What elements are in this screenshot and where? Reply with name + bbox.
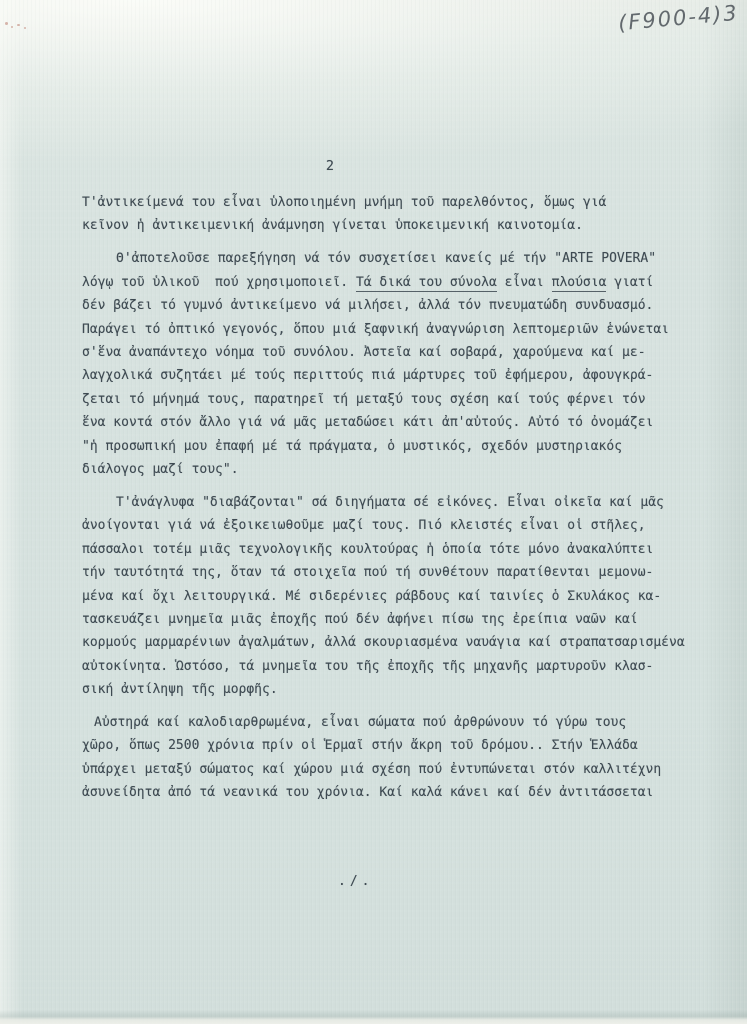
text-line: ἕνα κοντά στόν ἄλλο γιά νά μᾶς μεταδώσει…	[82, 411, 702, 434]
text-segment: Τ'ἀντικείμενά του εἶναι ὑλοποιημένη μνήμ…	[82, 195, 606, 210]
text-segment: κεῖνον ἡ ἀντικειμενική ἀνάμνηση γίνεται …	[82, 218, 583, 233]
text-line: Τ'ἀντικείμενά του εἶναι ὑλοποιημένη μνήμ…	[82, 191, 702, 214]
text-segment: αὐτοκίνητα. Ὡστόσο, τά μνημεῖα του τῆς ἐ…	[82, 659, 653, 674]
text-line: ζεται τό μήνημά τους, παρατηρεῖ τή μεταξ…	[82, 388, 702, 411]
text-segment: Αὐστηρά καί καλοδιαρθρωμένα, εἶναι σώματ…	[94, 715, 626, 730]
text-line: αὐτοκίνητα. Ὡστόσο, τά μνημεῖα του τῆς ἐ…	[82, 655, 702, 678]
text-line: Παράγει τό ὀπτικό γεγονός, ὅπου μιά ξαφν…	[82, 318, 702, 341]
text-line: "ἡ προσωπική μου ἐπαφή μέ τά πράγματα, ὁ…	[82, 435, 702, 458]
body-text: Τ'ἀντικείμενά του εἶναι ὑλοποιημένη μνήμ…	[82, 191, 702, 814]
underlined-text: Τά δικά του σύνολα	[356, 275, 497, 292]
text-segment: ζεται τό μήνημά τους, παρατηρεῖ τή μεταξ…	[82, 392, 646, 407]
text-segment: Θ'ἀποτελοῦσε παρεξήγηση νά τόν συσχετίσε…	[116, 251, 656, 266]
text-segment: διάλογος μαζί τους".	[82, 462, 239, 477]
handwritten-annotation: (F900-4)3	[617, 1, 739, 35]
text-line: λαγχολικά συζητάει μέ τούς περιττούς πιά…	[82, 364, 702, 387]
text-segment: δέν βάζει τό γυμνό ἀντικείμενο νά μιλήσε…	[82, 298, 653, 313]
paragraph: Τ'ἀντικείμενά του εἶναι ὑλοποιημένη μνήμ…	[82, 191, 702, 238]
text-segment: ὑπάρχει μεταξύ σώματος καί χώρου μιά σχέ…	[82, 762, 661, 777]
text-segment: σ'ἕνα ἀναπάντεχο νόημα τοῦ συνόλου. Ἀστε…	[82, 345, 646, 360]
text-line: Τ'ἀνάγλυφα "διαβάζονται" σά διηγήματα σέ…	[82, 491, 702, 514]
text-line: δέν βάζει τό γυμνό ἀντικείμενο νά μιλήσε…	[82, 294, 702, 317]
text-line: κεῖνον ἡ ἀντικειμενική ἀνάμνηση γίνεται …	[82, 214, 702, 237]
page-number: 2	[300, 158, 360, 174]
continuation-mark: ./.	[338, 874, 373, 889]
text-segment: "ἡ προσωπική μου ἐπαφή μέ τά πράγματα, ὁ…	[82, 439, 622, 454]
text-segment: χῶρο, ὅπως 2500 χρόνια πρίν οἱ Ἑρμαῖ στή…	[82, 738, 638, 753]
text-line: σ'ἕνα ἀναπάντεχο νόημα τοῦ συνόλου. Ἀστε…	[82, 341, 702, 364]
text-line: μένα καί ὄχι λειτουργικά. Μέ σιδερένιες …	[82, 585, 702, 608]
text-segment: λαγχολικά συζητάει μέ τούς περιττούς πιά…	[82, 368, 653, 383]
text-line: ἀνοίγονται γιά νά ἐξοικειωθοῦμε μαζί του…	[82, 514, 702, 537]
text-segment: κορμούς μαρμαρένιων ἀγαλμάτων, ἀλλά σκου…	[82, 635, 685, 650]
text-line: χῶρο, ὅπως 2500 χρόνια πρίν οἱ Ἑρμαῖ στή…	[82, 734, 702, 757]
text-line: διάλογος μαζί τους".	[82, 458, 702, 481]
text-line: σική ἀντίληψη τῆς μορφῆς.	[82, 678, 702, 701]
text-segment: μένα καί ὄχι λειτουργικά. Μέ σιδερένιες …	[82, 589, 661, 604]
text-segment: τασκευάζει μνημεῖα μιᾶς ἐποχῆς πού δέν ἀ…	[82, 612, 638, 627]
text-line: τασκευάζει μνημεῖα μιᾶς ἐποχῆς πού δέν ἀ…	[82, 608, 702, 631]
text-line: Θ'ἀποτελοῦσε παρεξήγηση νά τόν συσχετίσε…	[82, 247, 702, 270]
text-line: πάσσαλοι τοτέμ μιᾶς τεχνολογικῆς κουλτού…	[82, 538, 702, 561]
paragraph: Αὐστηρά καί καλοδιαρθρωμένα, εἶναι σώματ…	[82, 711, 702, 805]
scanned-typescript-page: (F900-4)3 2 Τ'ἀντικείμενά του εἶναι ὑλοπ…	[0, 0, 747, 1024]
text-segment: εἶναι	[497, 275, 552, 290]
text-line: τήν ταυτότητά της, ὅταν τά στοιχεῖα πού …	[82, 561, 702, 584]
text-segment: ἕνα κοντά στόν ἄλλο γιά νά μᾶς μεταδώσει…	[82, 415, 653, 430]
text-segment: πάσσαλοι τοτέμ μιᾶς τεχνολογικῆς κουλτού…	[82, 542, 653, 557]
paragraph: Θ'ἀποτελοῦσε παρεξήγηση νά τόν συσχετίσε…	[82, 247, 702, 481]
text-segment: λόγῳ τοῦ ὑλικοῦ πού χρησιμοποιεῖ.	[82, 275, 356, 290]
text-line: ἀσυνείδητα ἀπό τά νεανικά του χρόνια. Κα…	[82, 781, 702, 804]
text-segment: γιατί	[606, 275, 653, 290]
text-line: ὑπάρχει μεταξύ σώματος καί χώρου μιά σχέ…	[82, 758, 702, 781]
text-segment: ἀσυνείδητα ἀπό τά νεανικά του χρόνια. Κα…	[82, 785, 653, 800]
text-segment: τήν ταυτότητά της, ὅταν τά στοιχεῖα πού …	[82, 565, 653, 580]
text-segment: σική ἀντίληψη τῆς μορφῆς.	[82, 682, 278, 697]
underlined-text: πλούσια	[552, 275, 607, 292]
text-segment: Τ'ἀνάγλυφα "διαβάζονται" σά διηγήματα σέ…	[116, 495, 664, 510]
text-line: Αὐστηρά καί καλοδιαρθρωμένα, εἶναι σώματ…	[82, 711, 702, 734]
text-line: κορμούς μαρμαρένιων ἀγαλμάτων, ἀλλά σκου…	[82, 631, 702, 654]
paper-specks	[3, 19, 33, 37]
text-segment: Παράγει τό ὀπτικό γεγονός, ὅπου μιά ξαφν…	[82, 322, 669, 337]
paragraph: Τ'ἀνάγλυφα "διαβάζονται" σά διηγήματα σέ…	[82, 491, 702, 702]
text-line: λόγῳ τοῦ ὑλικοῦ πού χρησιμοποιεῖ. Τά δικ…	[82, 271, 702, 294]
text-segment: ἀνοίγονται γιά νά ἐξοικειωθοῦμε μαζί του…	[82, 518, 646, 533]
